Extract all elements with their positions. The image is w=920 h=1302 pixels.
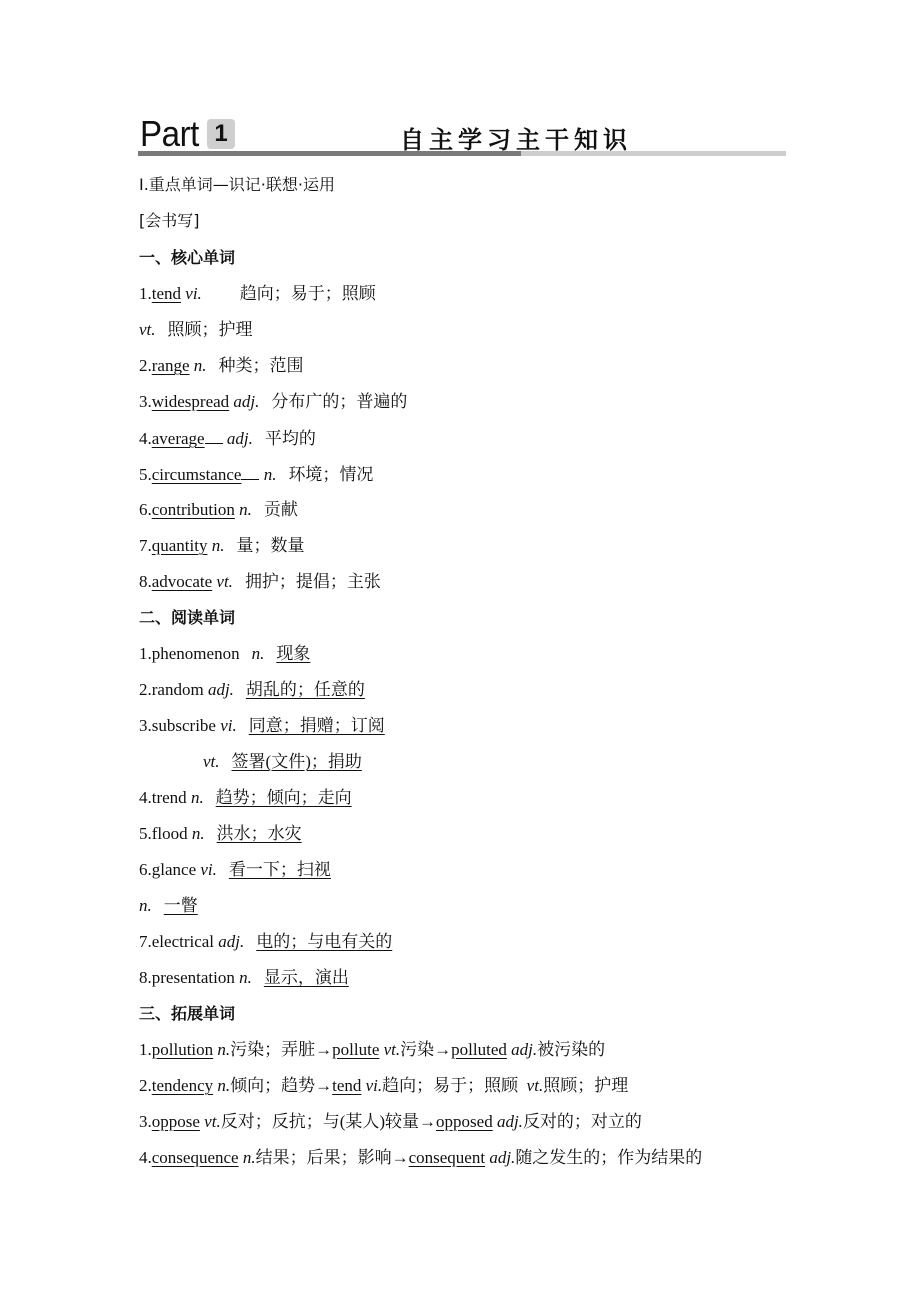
core-word-item: vt.照顾；护理 xyxy=(139,318,253,342)
section-heading: Ⅰ.重点单词—识记·联想·运用 xyxy=(139,173,335,197)
expanded-word-item: 2.tendency n.倾向；趋势→tend vi.趋向；易于；照顾 vt.照… xyxy=(139,1074,628,1098)
core-words-heading: 一、核心单词 xyxy=(139,246,235,270)
answer-meaning: 胡乱的；任意的 xyxy=(246,680,365,699)
arrow-icon: → xyxy=(434,1040,451,1059)
answer-meaning: 显示，演出 xyxy=(264,968,349,987)
arrow-icon: → xyxy=(315,1076,332,1095)
arrow-icon: → xyxy=(392,1148,409,1167)
reading-word-item: 3.subscribe vi.同意；捐赠；订阅 xyxy=(139,714,385,738)
core-word-item: 2.range n.种类；范围 xyxy=(139,354,304,378)
vocab-word: pollute xyxy=(332,1040,379,1059)
expanded-word-item: 4.consequence n.结果；后果；影响→consequent adj.… xyxy=(139,1146,702,1170)
vocab-word: consequence xyxy=(152,1148,239,1167)
reading-word-item: n.一瞥 xyxy=(139,894,198,918)
core-word-item: 1.tend vi.趋向；易于；照顾 xyxy=(139,282,376,306)
reading-words-heading: 二、阅读单词 xyxy=(139,606,235,630)
core-word-item: 5.circumstance n.环境；情况 xyxy=(139,462,373,486)
part-number-badge: 1 xyxy=(207,119,235,149)
expanded-words-heading: 三、拓展单词 xyxy=(139,1002,235,1026)
reading-word-item: vt.签署(文件)；捐助 xyxy=(203,750,362,774)
vocab-word: tendency xyxy=(152,1076,213,1095)
answer-meaning: 洪水；水灾 xyxy=(217,824,302,843)
answer-meaning: 同意；捐赠；订阅 xyxy=(249,716,385,735)
reading-word-item: 7.electrical adj.电的；与电有关的 xyxy=(139,930,392,954)
core-word-item: 6.contribution n.贡献 xyxy=(139,498,298,522)
answer-meaning: 电的；与电有关的 xyxy=(256,932,392,951)
part-header: Part 1 自主学习主干知识 xyxy=(138,112,786,158)
reading-word-item: 6.glance vi.看一下；扫视 xyxy=(139,858,331,882)
vocab-word: tend xyxy=(152,284,181,303)
expanded-word-item: 1.pollution n.污染；弄脏→pollute vt.污染→pollut… xyxy=(139,1038,605,1062)
reading-word-item: 2.random adj.胡乱的；任意的 xyxy=(139,678,365,702)
reading-word-item: 5.flood n.洪水；水灾 xyxy=(139,822,302,846)
core-word-item: 3.widespread adj.分布广的；普遍的 xyxy=(139,390,407,414)
header-divider-light xyxy=(521,151,786,156)
vocab-word: quantity xyxy=(152,536,208,555)
reading-word-item: 8.presentation n.显示，演出 xyxy=(139,966,349,990)
reading-word-item: 1.phenomenonn.现象 xyxy=(139,642,310,666)
answer-meaning: 现象 xyxy=(276,644,310,663)
arrow-icon: → xyxy=(419,1112,436,1131)
core-word-item: 8.advocate vt.拥护；提倡；主张 xyxy=(139,570,381,594)
vocab-word: circumstance xyxy=(152,465,242,484)
part-label: Part xyxy=(140,114,199,154)
header-divider-dark xyxy=(138,151,521,156)
reading-word-item: 4.trend n.趋势；倾向；走向 xyxy=(139,786,352,810)
answer-meaning: 一瞥 xyxy=(164,896,198,915)
vocab-word: advocate xyxy=(152,572,212,591)
vocab-word: contribution xyxy=(152,500,235,519)
vocab-word: oppose xyxy=(152,1112,200,1131)
core-word-item: 4.average adj.平均的 xyxy=(139,426,316,450)
answer-meaning: 看一下；扫视 xyxy=(229,860,331,879)
core-word-item: 7.quantity n.量；数量 xyxy=(139,534,304,558)
vocab-word: pollution xyxy=(152,1040,213,1059)
expanded-word-item: 3.oppose vt.反对；反抗；与(某人)较量→opposed adj.反对… xyxy=(139,1110,642,1134)
answer-meaning: 签署(文件)；捐助 xyxy=(232,752,362,771)
vocab-word: range xyxy=(152,356,190,375)
vocab-word: consequent xyxy=(409,1148,485,1167)
vocab-word: average xyxy=(152,429,205,448)
vocab-word: widespread xyxy=(152,392,229,411)
arrow-icon: → xyxy=(315,1040,332,1059)
page-title: 自主学习主干知识 xyxy=(400,120,632,155)
answer-meaning: 趋势；倾向；走向 xyxy=(216,788,352,807)
vocab-word: opposed xyxy=(436,1112,493,1131)
subheading: [会书写] xyxy=(139,209,200,233)
vocab-word: polluted xyxy=(451,1040,507,1059)
vocab-word: tend xyxy=(332,1076,361,1095)
